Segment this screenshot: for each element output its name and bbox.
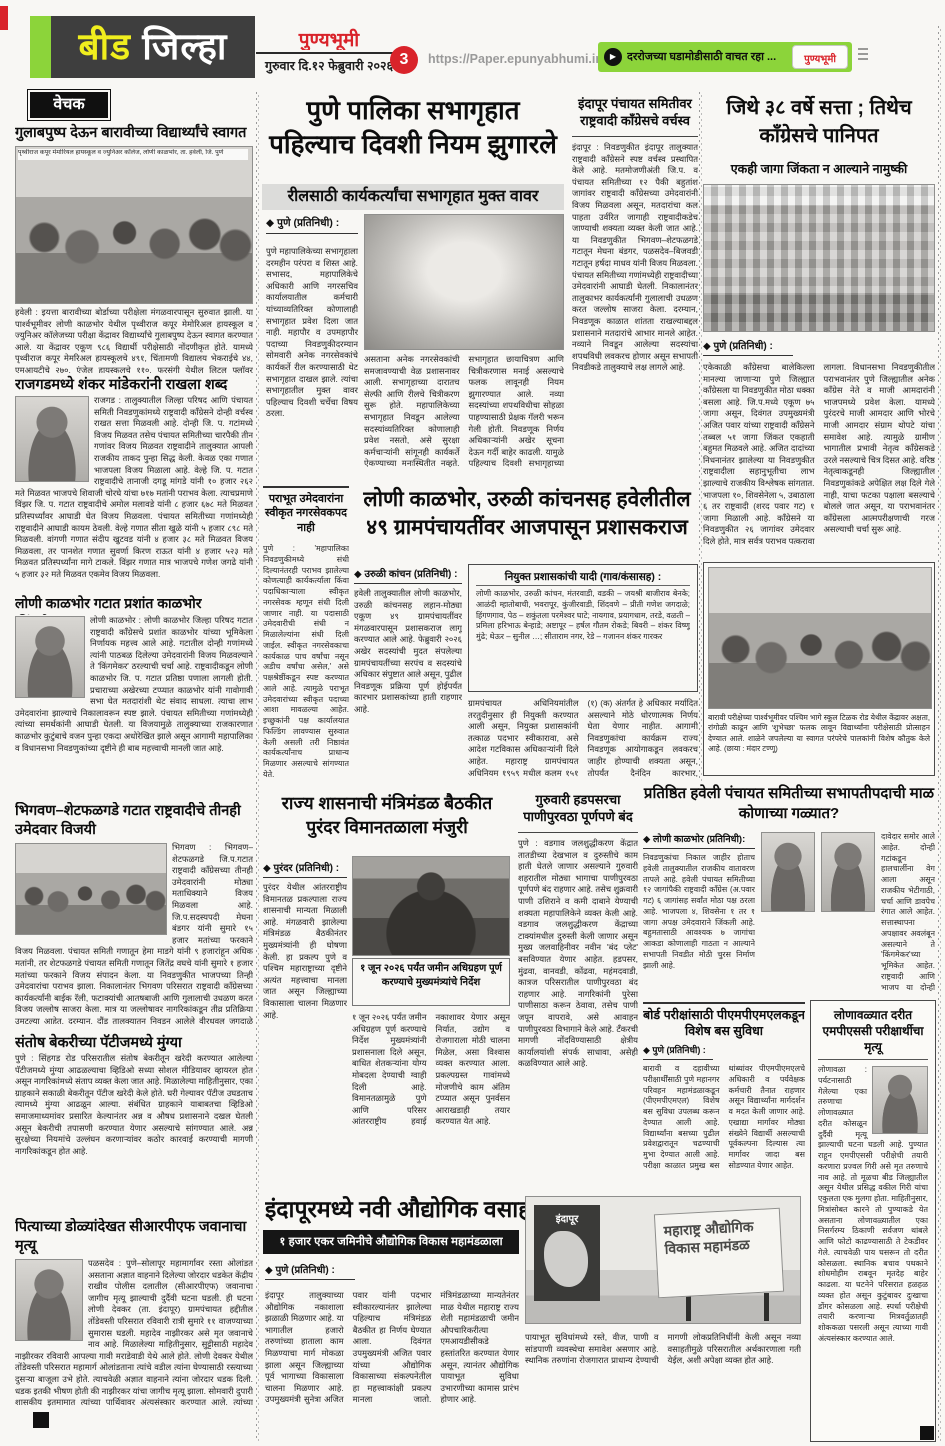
map-label: इंदापूर <box>534 1211 600 1225</box>
paper-roll-brand: पुण्यभूमी <box>804 54 836 65</box>
article-headline: पराभूत उमेदवारांना स्वीकृत नगरसेवकपद नाह… <box>263 492 349 540</box>
article-body-left: निवडणुकांचा निकाल जाहीर होताच हवेली तालु… <box>643 853 755 987</box>
column-rule-center <box>699 92 702 782</box>
epaper-url[interactable]: https://Paper.epunyabhumi.in <box>428 52 603 68</box>
paper-roll: पुण्यभूमी <box>792 45 848 69</box>
column-rule-left <box>256 92 259 1442</box>
byline-text: ◆ पुणे (प्रतिनिधी) : <box>265 1262 355 1280</box>
article-headline: प्रतिष्ठित हवेली पंचायत समितीच्या सभापती… <box>643 784 935 828</box>
photo-portrait-kalbhor <box>15 616 85 698</box>
article-body: पुरंदर येथील आंतरराष्ट्रीय विमानतळ प्रकल… <box>263 882 347 1174</box>
congress-headline[interactable]: जिथे ३८ वर्षे सत्ता ; तिथेच काँग्रेसचे प… <box>703 94 935 158</box>
brand-rule <box>256 52 402 54</box>
photo-portrait-student <box>872 1066 928 1134</box>
cm-photo-caption: १ जून २०२६ पर्यंत जमीन अधिग्रहण पूर्ण कर… <box>352 958 510 1006</box>
article-indapur-ps[interactable]: इंदापूर पंचायत समितीवर राष्ट्रवादी काँग्… <box>572 96 698 480</box>
article-body-right: दावेदार समोर आले आहेत. दोन्ही गटांकडून ह… <box>881 832 935 992</box>
photo-portrait-mandekar <box>15 396 89 482</box>
photo-zp-building[interactable] <box>703 184 935 332</box>
photo-cm-desk[interactable] <box>352 856 510 956</box>
main-lead-column: पुणे महापालिकेच्या सभागृहाला दरमहीन परंप… <box>266 246 358 480</box>
article-bhigwan[interactable]: भिगवण–शेटफळगडे गटात राष्ट्रवादीचे तीनही … <box>15 802 253 1028</box>
article-headline: भिगवण–शेटफळगडे गटात राष्ट्रवादीचे तीनही … <box>15 802 253 842</box>
byline-text: ◆ लोणी काळभोर (प्रतिनिधी): <box>643 832 755 849</box>
article-headline: पित्याच्या डोळ्यांदेखत सीआरपीएफ जवानाचा … <box>15 1218 253 1258</box>
page-number: 3 <box>400 51 409 68</box>
sign-board: महाराष्ट्र औद्योगिक विकास महामंडळ <box>654 1208 784 1298</box>
article-body: पुणे : 'महापालिका निवडणुकीमध्ये संधी दिल… <box>263 544 349 784</box>
article-body: हवेली तालुक्यातील लोणी काळभोर, उरुळी कां… <box>354 588 462 774</box>
article-headline: गुरुवारी हडपसरचा पाणीपुरवठा पूर्णपणे बंद <box>518 792 638 833</box>
article-parabhut[interactable]: पराभूत उमेदवारांना स्वीकृत नगरसेवकपद नाह… <box>263 486 349 784</box>
prashasak-headline[interactable]: लोणी काळभोर, उरुळी कांचनसह हवेलीतील ४९ ग… <box>354 486 700 560</box>
article-body: पुणे : वडगाव जलशुद्धीकरण केंद्रात तातडीच… <box>518 838 638 1182</box>
article-rajgad[interactable]: राजगडमध्ये शंकर मांडेकरांनी राखला शब्द र… <box>15 374 253 592</box>
congress-subhead: एकही जागा जिंकता न आल्याने नामुष्की <box>703 160 935 180</box>
corner-red-tab <box>0 6 8 30</box>
article-body-wrap: पळसदेव : पुणे–सोलापूर महामार्गावर रस्ता … <box>15 1258 253 1408</box>
article-students-welcome[interactable]: गुलाबपुष्प देऊन बारावीच्या विद्यार्थ्यां… <box>15 122 253 372</box>
photo-overlay-caption: पृथ्वीराज कपूर मेमोरियल हायस्कूल व ज्युन… <box>18 149 248 160</box>
masthead-district[interactable]: बीड जिल्हा <box>51 16 255 78</box>
byline-text: ◆ पुणे (प्रतिनिधी) : <box>643 1043 713 1060</box>
article-headline: बोर्ड परीक्षांसाठी पीएमपीएमएलकडून विशेष … <box>643 1002 805 1043</box>
article-board-bus[interactable]: बोर्ड परीक्षांसाठी पीएमपीएमएलकडून विशेष … <box>643 1002 805 1184</box>
main-headline[interactable]: पुणे पालिका सभागृहात पहिल्याच दिवशी नियम… <box>262 94 564 180</box>
epaper-page: बीड जिल्हा पुण्यभूमी गुरुवार दि.१२ फेब्र… <box>0 0 945 1446</box>
article-headline: संतोष बेकरीच्या पॅटीजमध्ये मुंग्या <box>15 1032 253 1053</box>
list-title: नियुक्त प्रशासकांची यादी (गाव/कंसासह) : <box>476 570 690 586</box>
prashasak-list-box: नियुक्त प्रशासकांची यादी (गाव/कंसासह) : … <box>468 564 698 692</box>
photo-students-welcome[interactable]: पृथ्वीराज कपूर मेमोरियल हायस्कूल व ज्युन… <box>15 146 253 304</box>
article-crpf-jawan[interactable]: पित्याच्या डोळ्यांदेखत सीआरपीएफ जवानाचा … <box>15 1218 253 1410</box>
sign-text: महाराष्ट्र औद्योगिक विकास महामंडळ <box>663 1218 754 1256</box>
article-body: हवेली : इयत्ता बारावीच्या बोर्डाच्या परी… <box>15 307 253 373</box>
article-sabhapati[interactable]: प्रतिष्ठित हवेली पंचायत समितीच्या सभापती… <box>643 784 935 996</box>
map-inset: इंदापूर <box>534 1205 600 1301</box>
congress-byline: ◆ पुणे (प्रतिनिधी) : <box>703 338 793 360</box>
article-headline: लोणावळ्यात दरीत एमपीएससी परीक्षार्थीचा म… <box>818 1007 928 1060</box>
date-line: गुरुवार दि.१२ फेब्रुवारी २०२६ <box>250 57 408 75</box>
purandar-first-column: ◆ पुरंदर (प्रतिनिधी) : पुरंदर येथील आंतर… <box>263 860 347 1184</box>
main-body-columns: असताना अनेक नगरसेवकांची समजावण्याची वेळ … <box>364 354 564 480</box>
article-body-wrap: राजगड : तालुक्यातील जिल्हा परिषद आणि पंच… <box>15 395 253 589</box>
article-body: पुणे : सिंहगड रोड परिसरातील संतोष बेकरीत… <box>15 1053 253 1213</box>
purandar-headline[interactable]: राज्य शासनाची मंत्रिमंडळ बैठकीत पुरंदर व… <box>263 792 511 854</box>
midc-body-columns: इंदापूर तालुक्याच्या औद्योगिक नकाशाला झळ… <box>265 1290 519 1442</box>
sign-leg-2 <box>764 1293 769 1321</box>
photo-portrait-jawan <box>15 1259 83 1341</box>
photo-caption: बारावी परीक्षेच्या पार्श्वभूमीवर पश्चिम … <box>708 713 930 775</box>
article-body-wrap: लोणी काळभोर : लोणी काळभोर जिल्हा परिषद ग… <box>15 615 253 797</box>
photo-winners-bhigwan <box>15 843 167 935</box>
paper-roll-lines <box>858 48 868 62</box>
end-square-bottom-right <box>920 1426 934 1440</box>
map-shape <box>544 1231 588 1287</box>
photo-portrait-candidate-1 <box>761 832 815 912</box>
end-square-bottom-left <box>33 1412 49 1428</box>
article-bakery[interactable]: संतोष बेकरीच्या पॅटीजमध्ये मुंग्या पुणे … <box>15 1032 253 1216</box>
article-body-wrap: भिगवण : भिगवण–शेटफळगडे जि.प.गटात राष्ट्र… <box>15 842 253 1024</box>
article-body: बारावी व दहावीच्या परीक्षार्थींसाठी पुणे… <box>643 1064 805 1182</box>
prashasak-first-column: ◆ उरुळी कांचन (प्रतिनिधी) : हवेली तालुक्… <box>354 566 462 784</box>
photo-school-welcome <box>708 567 932 709</box>
photo-assembly-hall[interactable] <box>364 214 564 350</box>
section-label-vechak[interactable]: वेचक <box>30 92 108 118</box>
photo-midc-signboard[interactable]: इंदापूर महाराष्ट्र औद्योगिक विकास महामंड… <box>525 1196 801 1324</box>
purandar-body-columns: १ जून २०२६ पर्यंत जमीन अधिग्रहण पूर्ण कर… <box>352 1012 510 1184</box>
article-headline: गुलाबपुष्प देऊन बारावीच्या विद्यार्थ्यां… <box>15 122 253 144</box>
ticker-text: दररोजच्या घडामोडीसाठी वाचत रहा ... <box>627 49 789 65</box>
column-rule-right-edge <box>938 26 941 1442</box>
article-headline: लोणी काळभोर गटात प्रशांत काळभोर 'किंगमेक… <box>15 594 253 615</box>
congress-body-columns: एकेकाळी काँग्रेसचा बालेकिल्ला मानल्या जा… <box>703 362 935 556</box>
midc-subhead-bar: १ हजार एकर जमिनीचे औद्योगिक विकास महामंड… <box>263 1230 519 1254</box>
midc-headline[interactable]: इंदापूरमध्ये नवी औद्योगिक वसाहत <box>265 1192 565 1226</box>
district-word-white: जिल्हा <box>131 26 228 67</box>
article-kingmaker[interactable]: लोणी काळभोर गटात प्रशांत काळभोर 'किंगमेक… <box>15 594 253 800</box>
main-byline: ◆ पुणे (प्रतिनिधी) : <box>266 216 358 238</box>
ticker-banner[interactable]: ▶ दररोजच्या घडामोडीसाठी वाचत रहा ... पुण… <box>598 42 852 72</box>
main-subhead: रीलसाठी कार्यकर्त्यांचा सभागृहात मुक्त व… <box>262 184 564 210</box>
article-hadapsar-water[interactable]: गुरुवारी हडपसरचा पाणीपुरवठा पूर्णपणे बंद… <box>518 792 638 1184</box>
article-body: इंदापूर : निवडणुकीत इंदापूर तालुक्यात रा… <box>572 142 698 480</box>
midc-byline: ◆ पुणे (प्रतिनिधी) : <box>265 1262 355 1284</box>
play-icon: ▶ <box>604 48 622 66</box>
article-lonavala[interactable]: लोणावळ्यात दरीत एमपीएससी परीक्षार्थीचा म… <box>810 1000 936 1442</box>
article-headline: इंदापूर पंचायत समितीवर राष्ट्रवादी काँग्… <box>572 96 698 137</box>
prashasak-body-columns: ग्रामपंचायत अधिनियमांतील तरतुदीनुसार ही … <box>468 698 698 784</box>
sign-leg-1 <box>686 1293 691 1321</box>
byline-text: ◆ पुणे (प्रतिनिधी) : <box>703 338 793 356</box>
midc-body2-columns: पायाभूत सुविधांमध्ये रस्ते, वीज, पाणी व … <box>525 1332 801 1442</box>
byline-text: ◆ पुणे (प्रतिनिधी) : <box>266 216 358 234</box>
list-body: लोणी काळभोर, उरुळी कांचन, मंतरवाडी, वडकी… <box>476 589 690 685</box>
byline-text: ◆ उरुळी कांचन (प्रतिनिधी) : <box>354 566 462 584</box>
article-headline: राजगडमध्ये शंकर मांडेकरांनी राखला शब्द <box>15 374 253 395</box>
byline-text: ◆ पुरंदर (प्रतिनिधी) : <box>263 860 347 878</box>
article-body-wrap: लोणावळा : पर्यटनासाठी गेलेल्या एका तरुणा… <box>818 1065 928 1429</box>
photo-portrait-candidate-2 <box>821 832 875 912</box>
school-photo-block[interactable]: बारावी परीक्षेच्या पार्श्वभूमीवर पश्चिम … <box>703 562 935 776</box>
page-number-badge[interactable]: 3 <box>390 46 418 74</box>
brand-title[interactable]: पुण्यभूमी <box>256 26 402 50</box>
district-word-yellow: बीड <box>78 26 131 67</box>
masthead-green-block <box>30 16 51 78</box>
